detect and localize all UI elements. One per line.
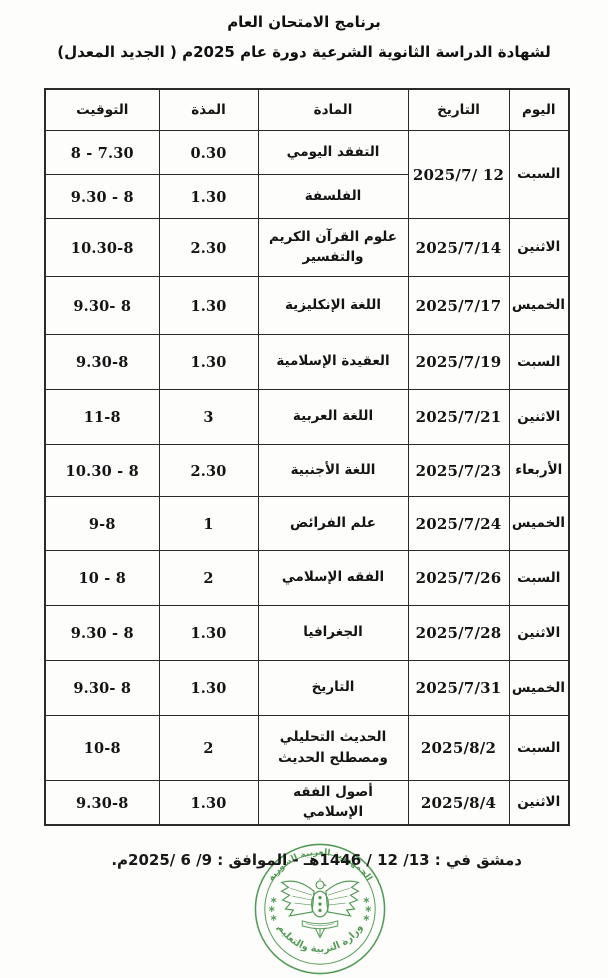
date-cell-value: 2025/7/17 <box>416 297 502 315</box>
header-row: اليوم التاريخ المادة المذة التوقيت <box>45 89 569 130</box>
time-cell-value: 9.30 - 8 <box>71 625 134 642</box>
time-cell-value: 10.30-8 <box>71 240 134 257</box>
table-row: الاثنين2025/7/28الجغرافيا1.309.30 - 8 <box>45 605 569 660</box>
day-cell: الخميس <box>509 660 569 715</box>
stamp-bottom-text: وزارة التربية والتعليم <box>275 923 365 956</box>
duration-cell-value: 1.30 <box>190 354 226 371</box>
subject-cell: أصول الفقه الإسلامي <box>258 780 408 825</box>
subject-cell: العقيدة الإسلامية <box>258 334 408 389</box>
duration-cell-value: 1.30 <box>190 795 226 812</box>
time-cell: 10.30 - 8 <box>45 444 159 496</box>
duration-cell: 2.30 <box>159 218 258 276</box>
time-cell: 9-8 <box>45 496 159 550</box>
time-cell-value: 8 - 7.30 <box>71 145 134 162</box>
exam-schedule-table: اليوم التاريخ المادة المذة التوقيت السبت… <box>44 88 570 826</box>
duration-cell: 1.30 <box>159 174 258 218</box>
footer-date-line: دمشق في : 13/ 12 / 1446هـ - الموافق : 9/… <box>52 851 522 869</box>
day-cell: الاثنين <box>509 218 569 276</box>
table-row: الاثنين2025/7/14علوم القرآن الكريم والتف… <box>45 218 569 276</box>
time-cell: 10.30-8 <box>45 218 159 276</box>
header-subject: المادة <box>258 89 408 130</box>
stamp-right-stars <box>364 897 371 921</box>
time-cell: 9.30- 8 <box>45 660 159 715</box>
duration-cell: 1.30 <box>159 605 258 660</box>
date-cell-value: 2025/7/21 <box>416 408 502 426</box>
subject-cell: التاريخ <box>258 660 408 715</box>
time-cell-value: 9-8 <box>89 516 116 533</box>
duration-cell-value: 2.30 <box>190 463 226 480</box>
date-cell-value: 2025/8/2 <box>421 739 496 757</box>
time-cell: 9.30-8 <box>45 780 159 825</box>
table-row: السبت2025/7/ 12التفقد اليومي0.308 - 7.30 <box>45 130 569 174</box>
table-row: الاثنين2025/7/21اللغة العربية311-8 <box>45 389 569 444</box>
date-cell-value: 2025/7/24 <box>416 515 502 533</box>
day-cell: الخميس <box>509 496 569 550</box>
date-cell: 2025/7/31 <box>408 660 509 715</box>
header-duration: المذة <box>159 89 258 130</box>
header-day: اليوم <box>509 89 569 130</box>
time-cell-value: 10-8 <box>84 740 121 757</box>
time-cell: 10-8 <box>45 715 159 780</box>
time-cell-value: 10 - 8 <box>78 570 126 587</box>
day-cell: السبت <box>509 715 569 780</box>
date-cell: 2025/7/26 <box>408 550 509 605</box>
eagle-emblem-icon <box>282 878 359 938</box>
header-time: التوقيت <box>45 89 159 130</box>
day-cell: الأربعاء <box>509 444 569 496</box>
subject-cell: الحديث التحليلي ومصطلح الحديث <box>258 715 408 780</box>
subject-cell: الفلسفة <box>258 174 408 218</box>
duration-cell-value: 1.30 <box>190 680 226 697</box>
duration-cell-value: 1.30 <box>190 189 226 206</box>
day-cell: السبت <box>509 130 569 218</box>
date-cell: 2025/7/19 <box>408 334 509 389</box>
day-cell: الاثنين <box>509 780 569 825</box>
time-cell-value: 9.30- 8 <box>73 680 131 697</box>
duration-cell: 1.30 <box>159 660 258 715</box>
date-cell-value: 2025/7/28 <box>416 624 502 642</box>
svg-text:وزارة التربية والتعليم: وزارة التربية والتعليم <box>275 923 365 956</box>
time-cell: 8 - 7.30 <box>45 130 159 174</box>
duration-cell-value: 1 <box>203 516 213 533</box>
time-cell-value: 9.30- 8 <box>73 298 131 315</box>
table-row: السبت2025/7/26الفقه الإسلامي210 - 8 <box>45 550 569 605</box>
stamp-left-stars <box>269 897 276 921</box>
duration-cell: 1.30 <box>159 276 258 334</box>
date-cell: 2025/8/4 <box>408 780 509 825</box>
date-cell: 2025/7/ 12 <box>408 130 509 218</box>
date-cell-value: 2025/7/ 12 <box>413 166 504 184</box>
header-date: التاريخ <box>408 89 509 130</box>
time-cell-value: 10.30 - 8 <box>66 463 139 480</box>
duration-cell: 1.30 <box>159 780 258 825</box>
document-page: برنامج الامتحان العام لشهادة الدراسة الث… <box>0 0 608 978</box>
duration-cell-value: 2.30 <box>190 240 226 257</box>
time-cell: 9.30- 8 <box>45 276 159 334</box>
date-cell-value: 2025/7/31 <box>416 679 502 697</box>
date-cell-value: 2025/7/14 <box>416 239 502 257</box>
date-cell-value: 2025/8/4 <box>421 794 496 812</box>
date-cell-value: 2025/7/23 <box>416 462 502 480</box>
date-cell: 2025/7/14 <box>408 218 509 276</box>
table-row: الأربعاء2025/7/23اللغة الأجنبية2.3010.30… <box>45 444 569 496</box>
subject-cell: علوم القرآن الكريم والتفسير <box>258 218 408 276</box>
date-cell-value: 2025/7/26 <box>416 569 502 587</box>
time-cell: 10 - 8 <box>45 550 159 605</box>
page-title: برنامج الامتحان العام <box>0 13 608 31</box>
time-cell: 9.30 - 8 <box>45 174 159 218</box>
subject-cell: اللغة الإنكليزية <box>258 276 408 334</box>
duration-cell: 2 <box>159 715 258 780</box>
date-cell: 2025/8/2 <box>408 715 509 780</box>
subject-cell: الجغرافيا <box>258 605 408 660</box>
day-cell: الاثنين <box>509 389 569 444</box>
date-cell: 2025/7/17 <box>408 276 509 334</box>
date-cell: 2025/7/28 <box>408 605 509 660</box>
table-row: السبت2025/8/2الحديث التحليلي ومصطلح الحد… <box>45 715 569 780</box>
date-cell: 2025/7/23 <box>408 444 509 496</box>
subject-cell: اللغة العربية <box>258 389 408 444</box>
time-cell: 11-8 <box>45 389 159 444</box>
date-cell: 2025/7/21 <box>408 389 509 444</box>
duration-cell: 1.30 <box>159 334 258 389</box>
subject-cell: الفقه الإسلامي <box>258 550 408 605</box>
time-cell: 9.30 - 8 <box>45 605 159 660</box>
page-subtitle: لشهادة الدراسة الثانوية الشرعية دورة عام… <box>0 43 608 61</box>
table-row: الخميس2025/7/31التاريخ1.309.30- 8 <box>45 660 569 715</box>
date-cell: 2025/7/24 <box>408 496 509 550</box>
day-cell: الاثنين <box>509 605 569 660</box>
duration-cell-value: 0.30 <box>190 145 226 162</box>
subject-cell: اللغة الأجنبية <box>258 444 408 496</box>
duration-cell: 2 <box>159 550 258 605</box>
day-cell: السبت <box>509 334 569 389</box>
time-cell-value: 11-8 <box>84 409 121 426</box>
duration-cell-value: 1.30 <box>190 625 226 642</box>
duration-cell-value: 3 <box>203 409 213 426</box>
time-cell-value: 9.30 - 8 <box>71 189 134 206</box>
duration-cell-value: 1.30 <box>190 298 226 315</box>
table-row: الخميس2025/7/24علم الفرائض19-8 <box>45 496 569 550</box>
day-cell: السبت <box>509 550 569 605</box>
time-cell: 9.30-8 <box>45 334 159 389</box>
subject-cell: التفقد اليومي <box>258 130 408 174</box>
duration-cell: 1 <box>159 496 258 550</box>
table-row: السبت2025/7/19العقيدة الإسلامية1.309.30-… <box>45 334 569 389</box>
time-cell-value: 9.30-8 <box>76 354 129 371</box>
table-row: الاثنين2025/8/4أصول الفقه الإسلامي1.309.… <box>45 780 569 825</box>
duration-cell-value: 2 <box>203 740 213 757</box>
duration-cell: 3 <box>159 389 258 444</box>
duration-cell-value: 2 <box>203 570 213 587</box>
time-cell-value: 9.30-8 <box>76 795 129 812</box>
duration-cell: 2.30 <box>159 444 258 496</box>
table-row: الخميس2025/7/17اللغة الإنكليزية1.309.30-… <box>45 276 569 334</box>
day-cell: الخميس <box>509 276 569 334</box>
subject-cell: علم الفرائض <box>258 496 408 550</box>
date-cell-value: 2025/7/19 <box>416 353 502 371</box>
duration-cell: 0.30 <box>159 130 258 174</box>
